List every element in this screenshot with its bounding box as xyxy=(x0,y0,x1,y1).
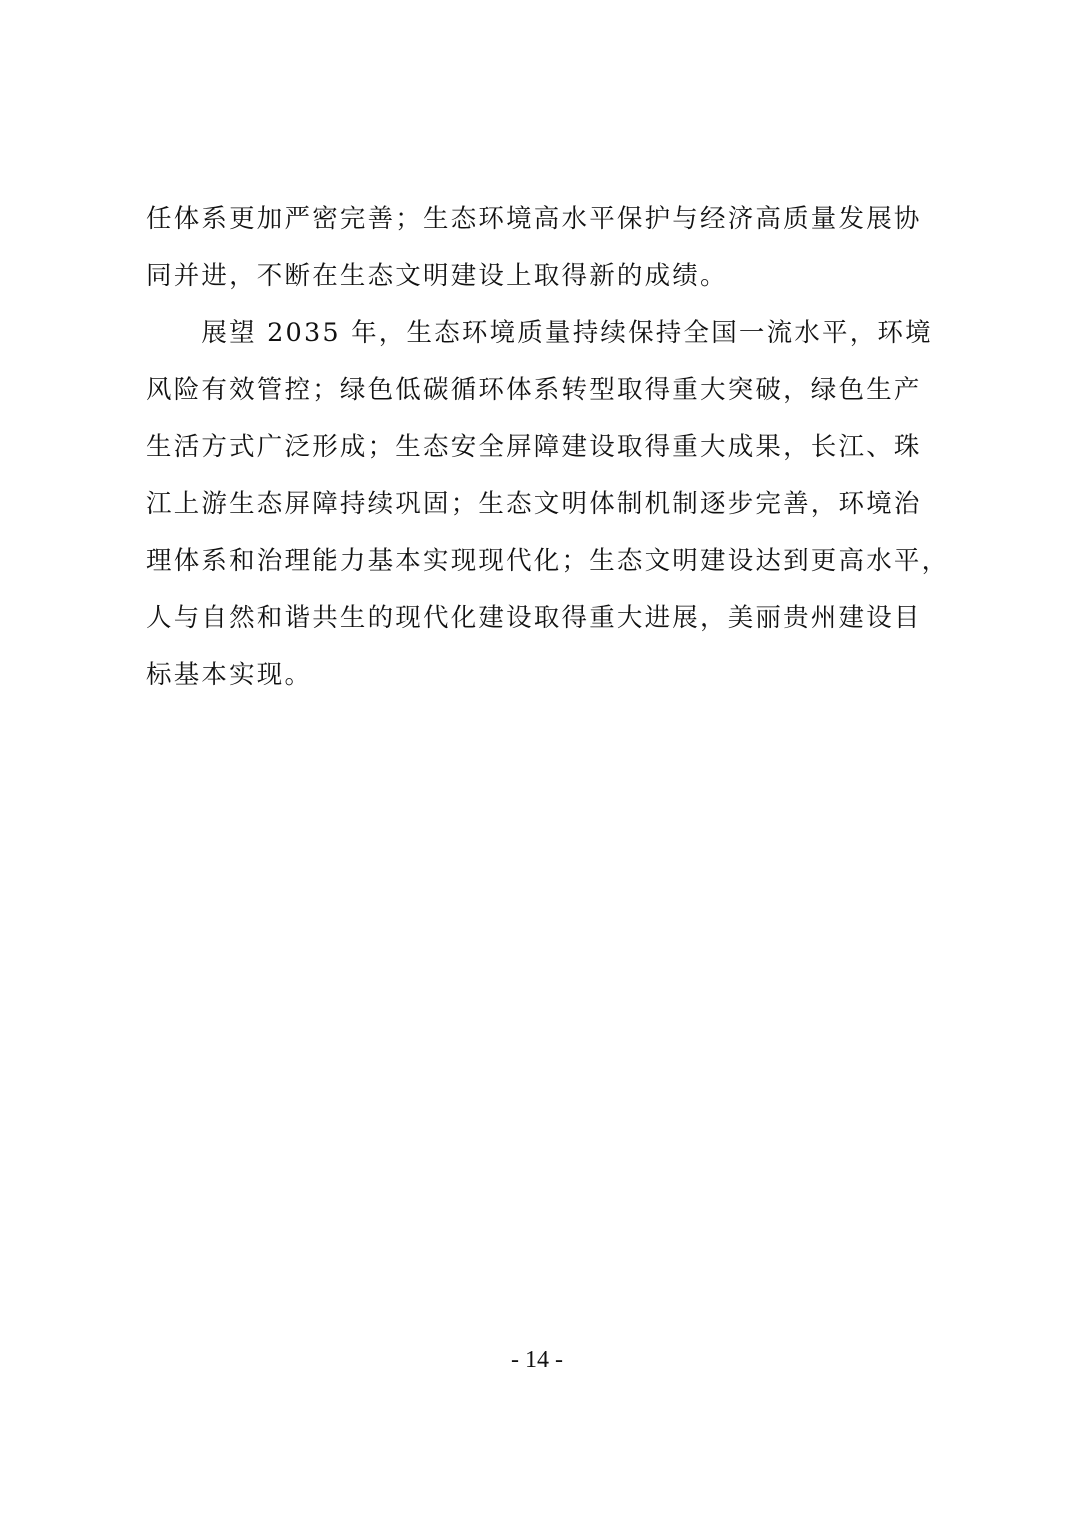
paragraph-2-line-3: 生活方式广泛形成；生态安全屏障建设取得重大成果，长江、珠 xyxy=(146,431,946,463)
page-number: - 14 - xyxy=(0,1345,1074,1375)
paragraph-2-line-2: 风险有效管控；绿色低碳循环体系转型取得重大突破，绿色生产 xyxy=(146,374,946,406)
paragraph-1-line-1: 任体系更加严密完善；生态环境高水平保护与经济高质量发展协 xyxy=(146,203,946,235)
paragraph-2-line-7: 标基本实现。 xyxy=(146,659,946,691)
paragraph-1-line-2: 同并进，不断在生态文明建设上取得新的成绩。 xyxy=(146,260,946,292)
paragraph-2-line-5: 理体系和治理能力基本实现现代化；生态文明建设达到更高水平， xyxy=(146,545,946,577)
paragraph-2-line-1: 展望 2035 年，生态环境质量持续保持全国一流水平，环境 xyxy=(146,317,946,349)
document-page: 任体系更加严密完善；生态环境高水平保护与经济高质量发展协 同并进，不断在生态文明… xyxy=(0,0,1074,1520)
paragraph-2-line-6: 人与自然和谐共生的现代化建设取得重大进展，美丽贵州建设目 xyxy=(146,602,946,634)
paragraph-2-line-4: 江上游生态屏障持续巩固；生态文明体制机制逐步完善，环境治 xyxy=(146,488,946,520)
